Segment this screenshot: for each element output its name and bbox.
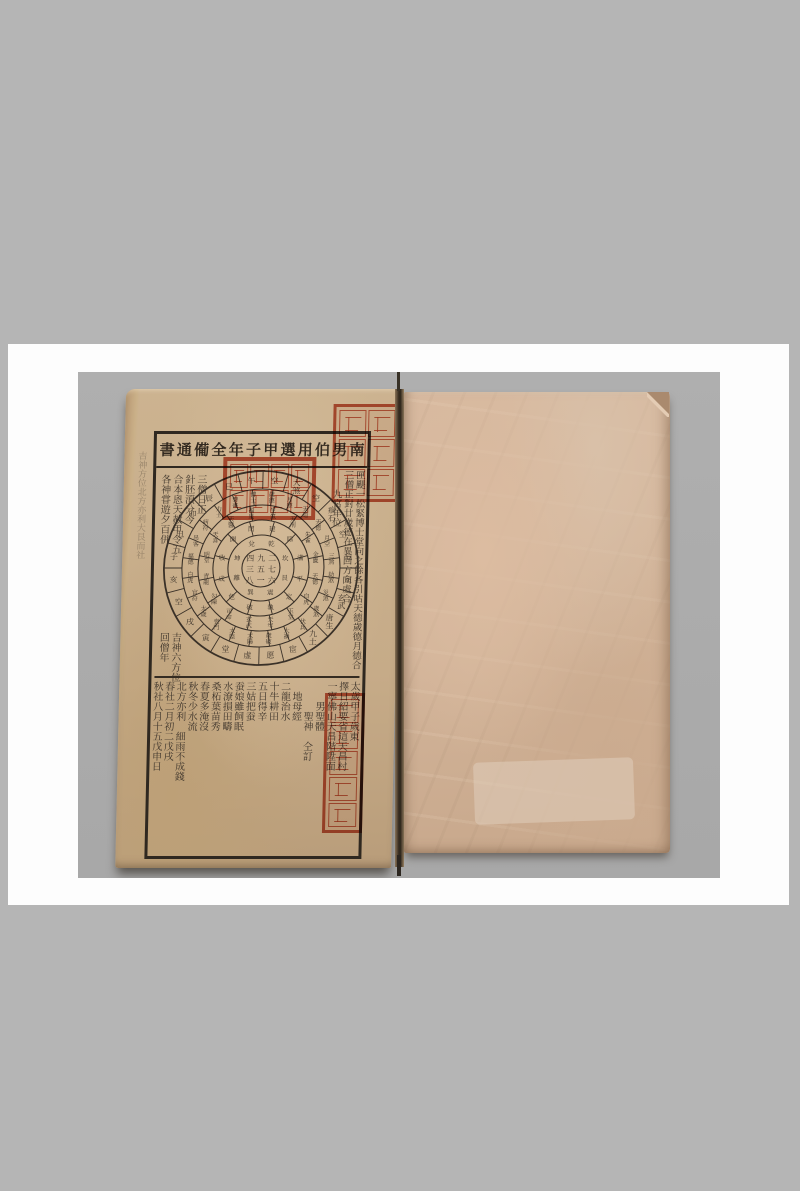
left-text-columns: 三僧日正 針胚湏分今 合本恖天赦甲令五 各神甞遊夕百併 xyxy=(154,474,206,634)
svg-text:艮: 艮 xyxy=(281,574,288,582)
svg-text:除: 除 xyxy=(287,535,294,544)
seal-glyph xyxy=(339,410,367,437)
svg-text:刑: 刑 xyxy=(290,521,296,529)
binding-thread-top xyxy=(397,372,400,391)
svg-text:煞: 煞 xyxy=(313,610,319,618)
svg-text:堂: 堂 xyxy=(288,613,294,621)
svg-text:武: 武 xyxy=(246,622,252,630)
margin-annotation: 吉神方位北方亦利大艮而社 xyxy=(129,451,147,761)
seal-glyph xyxy=(291,464,310,488)
svg-text:震: 震 xyxy=(267,587,274,596)
svg-text:兵: 兵 xyxy=(300,623,306,631)
svg-text:危: 危 xyxy=(228,592,235,601)
svg-text:五: 五 xyxy=(257,565,265,574)
red-seal-top-center xyxy=(222,457,316,520)
page-corner-fold xyxy=(647,392,669,417)
title-char: 伯 xyxy=(315,443,330,458)
svg-text:禍: 禍 xyxy=(283,633,289,641)
svg-text:土: 土 xyxy=(309,637,317,647)
svg-text:陳: 陳 xyxy=(211,598,217,606)
svg-text:堂: 堂 xyxy=(221,644,229,654)
svg-text:二: 二 xyxy=(268,554,276,563)
svg-text:閉: 閉 xyxy=(248,524,255,533)
seal-glyph xyxy=(328,803,357,827)
svg-text:龍: 龍 xyxy=(203,578,209,586)
svg-text:破: 破 xyxy=(265,637,271,645)
binding-thread-bottom xyxy=(397,855,401,876)
seal-glyph xyxy=(270,464,289,488)
right-page-blank xyxy=(404,392,670,853)
left-page: 吉神方位北方亦利大艮而社 書通僃全年子甲選用伯男南 空大煞空痐石空危室玄武唐生九… xyxy=(115,389,402,868)
seal-glyph xyxy=(290,490,309,514)
svg-text:德: 德 xyxy=(315,524,322,532)
svg-text:坎: 坎 xyxy=(282,553,289,562)
svg-text:堂: 堂 xyxy=(204,556,210,564)
seal-glyph xyxy=(329,751,358,775)
paper-repair-patch xyxy=(473,757,635,825)
svg-text:喜: 喜 xyxy=(212,536,218,544)
title-char: 年 xyxy=(229,443,244,458)
mat-sheet: 吉神方位北方亦利大艮而社 書通僃全年子甲選用伯男南 空大煞空痐石空危室玄武唐生九… xyxy=(8,344,789,905)
svg-text:愿: 愿 xyxy=(266,651,274,660)
svg-text:開: 開 xyxy=(230,535,237,544)
svg-text:九: 九 xyxy=(257,553,265,563)
svg-text:離: 離 xyxy=(233,573,240,582)
svg-text:辰: 辰 xyxy=(205,494,213,503)
title-char: 甲 xyxy=(263,443,278,458)
svg-text:定: 定 xyxy=(286,592,293,601)
seal-glyph xyxy=(367,469,395,496)
svg-text:門: 門 xyxy=(213,623,219,631)
svg-text:命: 命 xyxy=(226,613,232,621)
svg-text:八: 八 xyxy=(246,576,254,585)
svg-text:成: 成 xyxy=(218,574,225,583)
svg-text:匱: 匱 xyxy=(312,556,318,564)
seal-glyph xyxy=(338,469,366,496)
svg-text:建: 建 xyxy=(269,524,276,533)
seal-glyph xyxy=(368,410,396,437)
svg-text:陽: 陽 xyxy=(247,637,253,645)
svg-text:四: 四 xyxy=(246,554,254,563)
title-char: 全 xyxy=(211,443,226,458)
title-char: 僃 xyxy=(194,443,209,458)
svg-text:虎: 虎 xyxy=(303,598,309,606)
svg-text:平: 平 xyxy=(296,575,303,583)
svg-text:收: 收 xyxy=(219,553,226,562)
seal-glyph xyxy=(249,490,268,514)
book-photograph: 吉神方位北方亦利大艮而社 書通僃全年子甲選用伯男南 空大煞空痐石空危室玄武唐生九… xyxy=(78,372,720,878)
svg-text:雀: 雀 xyxy=(305,536,311,544)
title-char: 用 xyxy=(298,443,313,458)
svg-text:兌: 兌 xyxy=(248,539,255,548)
seal-glyph xyxy=(338,439,366,466)
svg-text:寅: 寅 xyxy=(202,633,211,643)
svg-text:牢: 牢 xyxy=(267,622,273,630)
svg-text:宦: 宦 xyxy=(289,644,297,654)
svg-text:德: 德 xyxy=(312,578,319,586)
seal-glyph xyxy=(330,725,359,749)
svg-text:巽: 巽 xyxy=(247,587,254,596)
photo-viewer-background: 吉神方位北方亦利大艮而社 書通僃全年子甲選用伯男南 空大煞空痐石空危室玄武唐生九… xyxy=(0,0,800,1191)
svg-text:陰: 陰 xyxy=(229,633,235,641)
seal-glyph xyxy=(329,777,358,801)
title-char: 選 xyxy=(280,443,295,458)
book-spine-gap xyxy=(395,389,404,867)
seal-glyph xyxy=(270,490,289,514)
seal-glyph xyxy=(367,439,395,466)
svg-text:執: 執 xyxy=(267,602,274,611)
title-char: 書 xyxy=(159,443,174,458)
red-seal-lower-spine xyxy=(322,693,365,833)
svg-text:醫: 醫 xyxy=(228,521,234,529)
svg-text:乾: 乾 xyxy=(268,539,275,548)
svg-text:三: 三 xyxy=(246,565,254,574)
title-char: 子 xyxy=(246,443,261,458)
svg-text:一: 一 xyxy=(257,576,265,585)
seal-glyph xyxy=(230,464,249,488)
svg-text:七: 七 xyxy=(268,564,276,574)
seal-glyph xyxy=(330,699,359,723)
svg-text:破: 破 xyxy=(246,602,253,611)
red-seal-top-spine xyxy=(331,404,401,502)
title-char: 通 xyxy=(177,443,192,458)
svg-text:坤: 坤 xyxy=(234,553,241,562)
svg-text:虚: 虚 xyxy=(243,650,251,660)
svg-text:滿: 滿 xyxy=(297,553,304,562)
svg-text:六: 六 xyxy=(268,575,277,585)
seal-glyph xyxy=(250,464,269,488)
seal-glyph xyxy=(229,490,248,514)
